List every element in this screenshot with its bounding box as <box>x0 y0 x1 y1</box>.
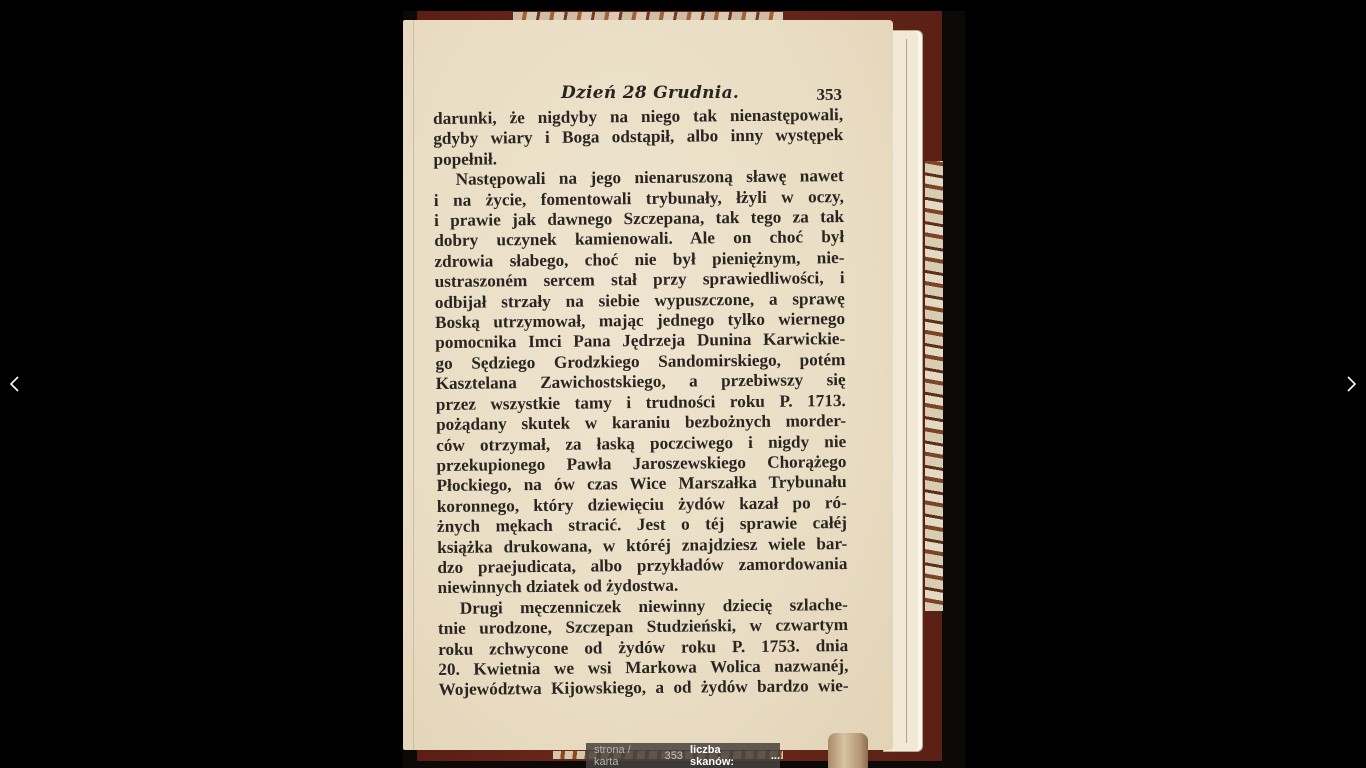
marbled-edge-right <box>925 161 943 611</box>
page-info-bar: strona / karta 353 liczba skanów: ... <box>586 743 780 768</box>
scan-viewer: Dzień 28 Grudnia. 353 darunki, że nigdyb… <box>0 0 1366 768</box>
scans-count-value: ... <box>771 750 780 762</box>
text-line: Województwa Kijowskiego, a od żydów bard… <box>438 676 848 700</box>
text-line: gdyby wiary i Boga odstąpił, albo inny w… <box>433 125 843 149</box>
chevron-left-icon <box>8 375 22 393</box>
page-number: 353 <box>817 85 843 105</box>
running-title: Dzień 28 Grudnia. <box>561 83 739 103</box>
book-page: Dzień 28 Grudnia. 353 darunki, że nigdyb… <box>403 20 893 750</box>
running-head: Dzień 28 Grudnia. 353 <box>439 83 839 107</box>
page-label: strona / karta <box>594 744 657 768</box>
chevron-right-icon <box>1344 375 1358 393</box>
body-text: darunki, że nigdyby na niego tak nienast… <box>433 105 849 701</box>
next-page-button[interactable] <box>1336 369 1366 399</box>
page-value: 353 <box>665 750 683 762</box>
scans-count-label: liczba skanów: <box>690 744 766 768</box>
previous-page-button[interactable] <box>0 369 30 399</box>
page-scan-image[interactable]: Dzień 28 Grudnia. 353 darunki, że nigdyb… <box>403 11 965 768</box>
page-holder-peg <box>828 733 868 768</box>
